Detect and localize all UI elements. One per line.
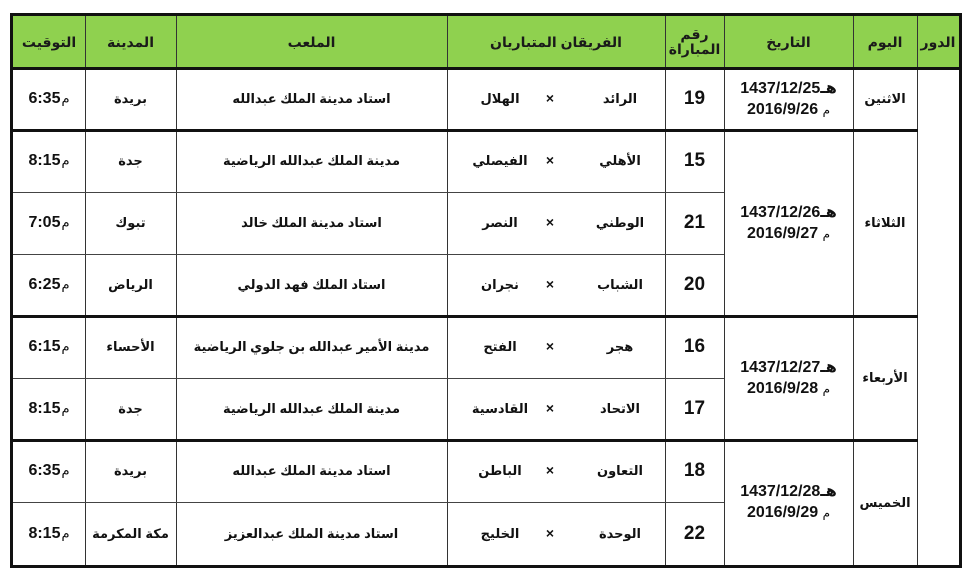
match-number: 21: [665, 192, 724, 254]
vs-icon: ×: [543, 462, 557, 478]
vs-icon: ×: [543, 338, 557, 354]
header-round: الدور: [917, 16, 959, 68]
date-cell: 1437/12/26هـ 2016/9/27 م: [724, 130, 853, 316]
round-cell: [917, 68, 959, 565]
match-time: 6:35م: [13, 440, 85, 502]
home-team: الرائد: [585, 91, 655, 107]
away-team: الهلال: [465, 91, 535, 107]
home-team: الوطني: [585, 215, 655, 231]
match-city: تبوك: [85, 192, 176, 254]
header-match-number: رقم المباراة: [665, 16, 724, 68]
match-time: 8:15م: [13, 502, 85, 565]
day-cell: الخميس: [853, 440, 917, 565]
match-time: 7:05م: [13, 192, 85, 254]
match-city: الأحساء: [85, 316, 176, 378]
date-cell: 1437/12/27هـ 2016/9/28 م: [724, 316, 853, 440]
vs-icon: ×: [543, 214, 557, 230]
match-stadium: استاد مدينة الملك عبدالله: [176, 440, 447, 502]
home-team: الشباب: [585, 277, 655, 293]
away-team: الخليج: [465, 526, 535, 542]
match-time: 8:15م: [13, 378, 85, 440]
match-number: 15: [665, 130, 724, 192]
hijri-date: 1437/12/26هـ: [740, 202, 837, 223]
match-city: جدة: [85, 130, 176, 192]
match-schedule-table: التوقيت المدينة الملعب الفريقان المتباري…: [10, 13, 962, 568]
column-divider: [447, 16, 448, 565]
home-team: الوحدة: [585, 526, 655, 542]
column-divider: [665, 16, 666, 565]
column-divider: [853, 16, 854, 565]
match-number: 20: [665, 254, 724, 316]
row-divider: [13, 315, 918, 318]
row-divider: [13, 378, 724, 379]
date-cell: 1437/12/28هـ 2016/9/29 م: [724, 440, 853, 565]
gregorian-date: 2016/9/27 م: [747, 223, 830, 245]
vs-icon: ×: [543, 525, 557, 541]
home-team: التعاون: [585, 463, 655, 479]
match-number: 18: [665, 440, 724, 502]
date-cell: 1437/12/25هـ 2016/9/26 م: [724, 68, 853, 130]
column-divider: [724, 16, 725, 565]
home-team: الأهلي: [585, 153, 655, 169]
match-city: بريدة: [85, 68, 176, 130]
match-stadium: مدينة الملك عبدالله الرياضية: [176, 378, 447, 440]
match-stadium: مدينة الملك عبدالله الرياضية: [176, 130, 447, 192]
gregorian-date: 2016/9/28 م: [747, 378, 830, 400]
match-number: 16: [665, 316, 724, 378]
away-team: الفيصلي: [465, 153, 535, 169]
home-team: الاتحاد: [585, 401, 655, 417]
away-team: الفتح: [465, 339, 535, 355]
row-divider: [13, 439, 918, 442]
column-divider: [85, 16, 86, 565]
match-city: مكة المكرمة: [85, 502, 176, 565]
away-team: القادسية: [465, 401, 535, 417]
vs-icon: ×: [543, 400, 557, 416]
match-time: 6:25م: [13, 254, 85, 316]
header-date: التاريخ: [724, 16, 853, 68]
vs-icon: ×: [543, 90, 557, 106]
away-team: نجران: [465, 277, 535, 293]
header-day: اليوم: [853, 16, 917, 68]
home-team: هجر: [585, 339, 655, 355]
match-number: 19: [665, 68, 724, 130]
gregorian-date: 2016/9/26 م: [747, 99, 830, 121]
match-number: 17: [665, 378, 724, 440]
header-teams: الفريقان المتباريان: [447, 16, 665, 68]
day-cell: الثلاثاء: [853, 130, 917, 316]
row-divider: [13, 67, 959, 70]
match-time: 6:15م: [13, 316, 85, 378]
day-cell: الاثنين: [853, 68, 917, 130]
match-stadium: استاد الملك فهد الدولي: [176, 254, 447, 316]
hijri-date: 1437/12/27هـ: [740, 357, 837, 378]
column-divider: [176, 16, 177, 565]
row-divider: [13, 192, 724, 193]
match-time: 8:15م: [13, 130, 85, 192]
match-city: الرياض: [85, 254, 176, 316]
hijri-date: 1437/12/25هـ: [740, 78, 837, 99]
vs-icon: ×: [543, 276, 557, 292]
header-time: التوقيت: [13, 16, 85, 68]
hijri-date: 1437/12/28هـ: [740, 481, 837, 502]
header-city: المدينة: [85, 16, 176, 68]
match-city: جدة: [85, 378, 176, 440]
match-stadium: استاد مدينة الملك عبدالعزيز: [176, 502, 447, 565]
gregorian-date: 2016/9/29 م: [747, 502, 830, 524]
match-stadium: استاد مدينة الملك عبدالله: [176, 68, 447, 130]
header-stadium: الملعب: [176, 16, 447, 68]
match-city: بريدة: [85, 440, 176, 502]
match-stadium: استاد مدينة الملك خالد: [176, 192, 447, 254]
away-team: النصر: [465, 215, 535, 231]
column-divider: [917, 16, 918, 565]
row-divider: [13, 502, 724, 503]
away-team: الباطن: [465, 463, 535, 479]
match-stadium: مدينة الأمير عبدالله بن جلوي الرياضية: [176, 316, 447, 378]
day-cell: الأربعاء: [853, 316, 917, 440]
vs-icon: ×: [543, 152, 557, 168]
row-divider: [13, 254, 724, 255]
match-number: 22: [665, 502, 724, 565]
match-time: 6:35م: [13, 68, 85, 130]
row-divider: [13, 129, 918, 132]
